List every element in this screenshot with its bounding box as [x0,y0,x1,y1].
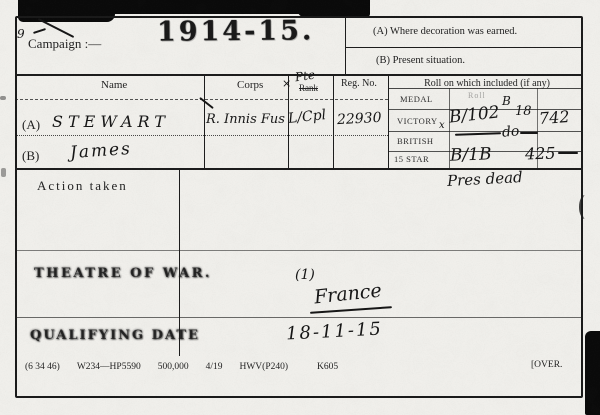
medal-index-card-scan: 9 Campaign :— 1914-15. (A) Where decorat… [0,0,600,415]
header-rank-handwritten: Pte [294,68,316,85]
header-corps: Corps [237,79,263,91]
action-taken-label: Action taken [37,178,128,194]
star-roll-value: B/1B [450,144,492,165]
british-ditto-stroke-right [520,132,538,134]
header-roll: Roll on which included (if any) [392,78,582,89]
header-reg-no: Reg. No. [341,78,377,89]
rowA-name: STEWART [52,112,170,131]
footer-part-6: K605 [317,362,338,372]
vline-rank-reg [333,75,334,168]
medal-row-label-british: BRITISH [397,136,434,146]
rowB-prefix: (B) [22,148,39,164]
medal-row-label-medal: MEDAL [400,94,433,104]
footer-part-2: W234—HP5590 [77,362,141,372]
star-page-value: 425 [525,143,556,163]
underline-note-a [345,47,583,48]
star-page-stroke [558,152,578,154]
vline-name-corps [204,75,205,168]
note-a: (A) Where decoration was earned. [373,26,517,37]
victory-roll-sup: B [502,94,511,108]
british-ditto: do [501,123,520,140]
header-rank-x-mark: × [282,77,291,90]
over-label: [OVER. [531,360,562,370]
header-rank: Rank [299,83,318,93]
campaign-pen-note: 9 [17,27,25,41]
victory-page-value: 742 [538,107,570,128]
rowA-underline [15,135,388,136]
roll-subheader-faint: Roll [468,91,486,100]
vline-reg-roll [388,75,389,168]
footer-part-1: (6 34 46) [25,362,60,372]
scan-strip-right [585,331,600,415]
victory-x-mark: x [439,120,445,131]
victory-roll-num: 18 [515,104,532,119]
qualifying-date-label: QUALIFYING DATE [30,328,200,343]
note-b: (B) Present situation. [376,55,465,66]
rowA-corps: R. Innis Fus [206,112,285,127]
hline-above-qualifying [15,317,583,318]
theatre-number: (1) [295,267,315,283]
rowA-reg-no: 22930 [337,110,382,128]
hline-mid-section [15,250,583,251]
scan-speck-left-2 [1,168,6,177]
footer-print-code: (6 34 46) W234—HP5590 500,000 4/19 HWV(P… [25,362,338,372]
scan-speck-left-1 [0,96,6,100]
theatre-of-war-label: THEATRE OF WAR. [34,266,212,281]
campaign-stamp-1914-15: 1914-15. [157,15,315,47]
medal-row-label-15star: 15 STAR [394,154,429,164]
header-name: Name [101,79,127,91]
rowA-prefix: (A) [22,117,40,133]
footer-part-5: HWV(P240) [239,362,288,372]
campaign-label: Campaign :— [28,36,101,52]
footer-part-4: 4/19 [206,362,223,372]
footer-part-3: 500,000 [158,362,189,372]
medal-row-label-victory: VICTORY [397,116,438,126]
